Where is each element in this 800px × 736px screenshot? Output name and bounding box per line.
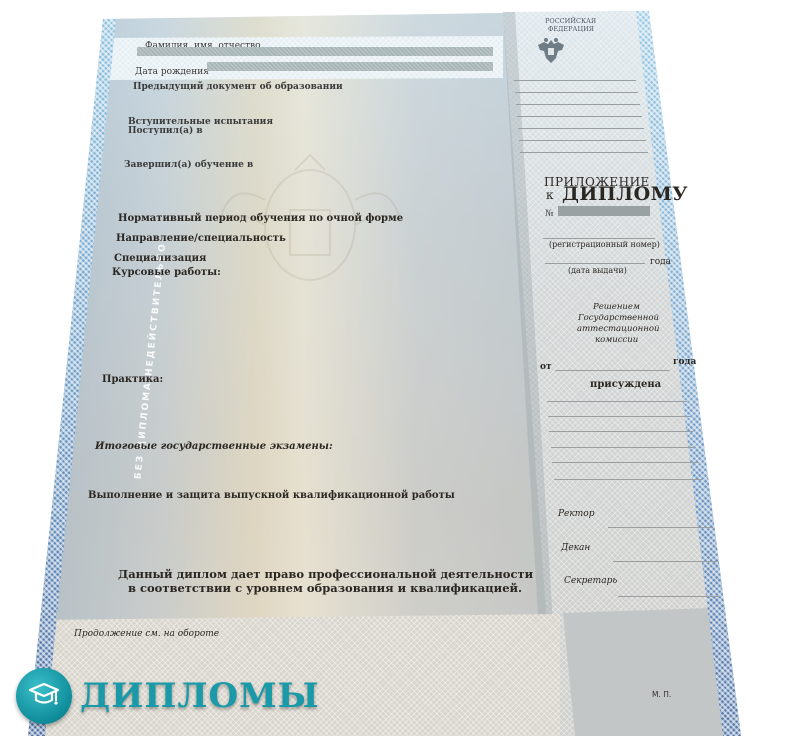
reg-number-line (543, 238, 655, 239)
direction-label: Направление/специальность (116, 233, 286, 244)
ruled-line (520, 152, 648, 153)
decision-line-1: Решением (593, 302, 640, 312)
ruled-line (515, 92, 638, 93)
appendix-title-prefix: к (546, 188, 554, 202)
birth-date-label: Дата рождения (135, 67, 209, 77)
decision-date-line (555, 370, 670, 371)
coat-of-arms-icon (534, 36, 568, 66)
ruled-line (517, 116, 642, 117)
awarded-label: присуждена (590, 379, 661, 390)
ruled-line (518, 128, 644, 129)
year-word: года (650, 257, 671, 267)
decision-line-2: Государственной (578, 313, 659, 323)
ruled-line (516, 104, 640, 105)
birth-date-redacted (207, 62, 493, 71)
seal-label: М. П. (652, 690, 671, 699)
enrolled-label: Поступил(а) в (128, 126, 203, 136)
ruled-line (551, 447, 696, 448)
secretary-label: Секретарь (564, 576, 617, 586)
coursework-label: Курсовые работы: (112, 267, 221, 278)
thesis-label: Выполнение и защита выпускной квалификац… (88, 490, 455, 501)
issue-date-line (545, 263, 645, 264)
dean-signature-line (613, 561, 717, 562)
ruled-line (547, 401, 687, 402)
ruled-line (552, 462, 699, 463)
ruled-line (554, 479, 702, 480)
from-label: от (540, 362, 552, 372)
country-line-1: РОССИЙСКАЯ (545, 17, 596, 25)
completed-label: Завершил(а) обучение в (124, 160, 253, 170)
normative-period-label: Нормативный период обучения по очной фор… (118, 213, 403, 224)
rector-signature-line (608, 527, 713, 528)
diploma-number-redacted (558, 206, 650, 216)
practice-label: Практика: (102, 374, 163, 385)
rights-line-2: в соответствии с уровнем образования и к… (128, 581, 522, 595)
brand-name: ДИПЛОМЫ (80, 676, 320, 716)
year-word-2: года (673, 357, 696, 367)
prev-document-label: Предыдущий документ об образовании (133, 82, 343, 92)
brand-logo: ДИПЛОМЫ (16, 668, 320, 724)
specialization-label: Специализация (114, 253, 206, 264)
diploma-appendix-photo: БЕЗ ДИПЛОМА НЕДЕЙСТВИТЕЛЬНО БЕЗ ДИПЛОМА … (0, 0, 800, 736)
graduation-cap-icon (16, 668, 72, 724)
full-name-redacted (137, 47, 493, 56)
rector-label: Ректор (558, 509, 594, 519)
issue-date-caption: (дата выдачи) (568, 266, 627, 275)
decision-line-3: аттестационной (577, 324, 659, 334)
ruled-line (548, 416, 690, 417)
reg-number-caption: (регистрационный номер) (549, 240, 660, 249)
country-line-2: ФЕДЕРАЦИЯ (548, 25, 594, 33)
continued-label: Продолжение см. на обороте (74, 629, 219, 639)
secretary-signature-line (618, 596, 720, 597)
rights-line-1: Данный диплом дает право профессионально… (118, 567, 533, 581)
decision-line-4: комиссии (595, 335, 638, 345)
right-border-text: БЕЗ ДИПЛОМА НЕДЕЙСТВИТЕЛЬНО (695, 201, 741, 460)
final-exams-label: Итоговые государственные экзамены: (95, 441, 333, 452)
ruled-line (519, 140, 646, 141)
ruled-line (549, 431, 693, 432)
number-label: № (545, 209, 554, 219)
appendix-title-line-2: ДИПЛОМУ (562, 183, 688, 205)
dean-label: Декан (561, 543, 590, 553)
